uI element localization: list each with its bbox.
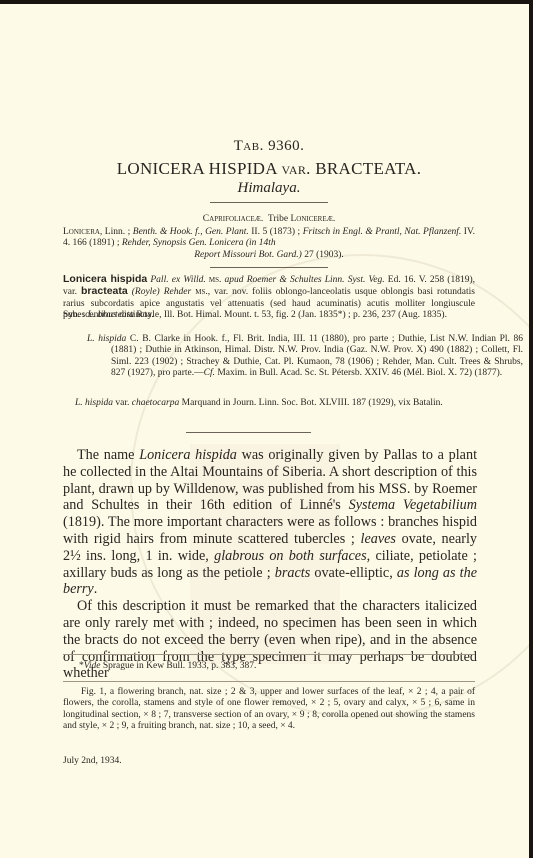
synonym-entry: L. hispida var. chaetocarpa Marquand in …	[63, 398, 499, 409]
divider	[210, 202, 328, 203]
paragraph: The name Lonicera hispida was originally…	[63, 447, 477, 598]
figure-caption: Fig. 1, a flowering branch, nat. size ; …	[63, 687, 475, 732]
family-heading: Caprifoliaceæ. Tribe Lonicereæ.	[63, 214, 475, 224]
synonym-entry: L. hispida C. B. Clarke in Hook. f., Fl.…	[63, 334, 523, 380]
plate-number: Tab. 9360.	[63, 138, 475, 155]
divider	[210, 267, 328, 268]
publication-date: July 2nd, 1934.	[63, 756, 122, 766]
footnote: *Vide Sprague in Kew Bull. 1933, p. 383,…	[79, 661, 256, 671]
body-text: The name Lonicera hispida was originally…	[63, 447, 477, 682]
footnote-divider	[63, 654, 475, 655]
synonym-entry: Syn. : L. bracteata Royle, Ill. Bot. Him…	[63, 310, 499, 321]
divider	[186, 432, 311, 433]
region-subtitle: Himalaya.	[63, 180, 475, 197]
document-page: Tab. 9360. LONICERA HISPIDA var. BRACTEA…	[0, 4, 529, 858]
caption-divider	[63, 681, 475, 682]
genus-citation: Lonicera, Linn. ; Benth. & Hook. f., Gen…	[63, 227, 475, 261]
page-title: LONICERA HISPIDA var. BRACTEATA.	[63, 159, 475, 179]
